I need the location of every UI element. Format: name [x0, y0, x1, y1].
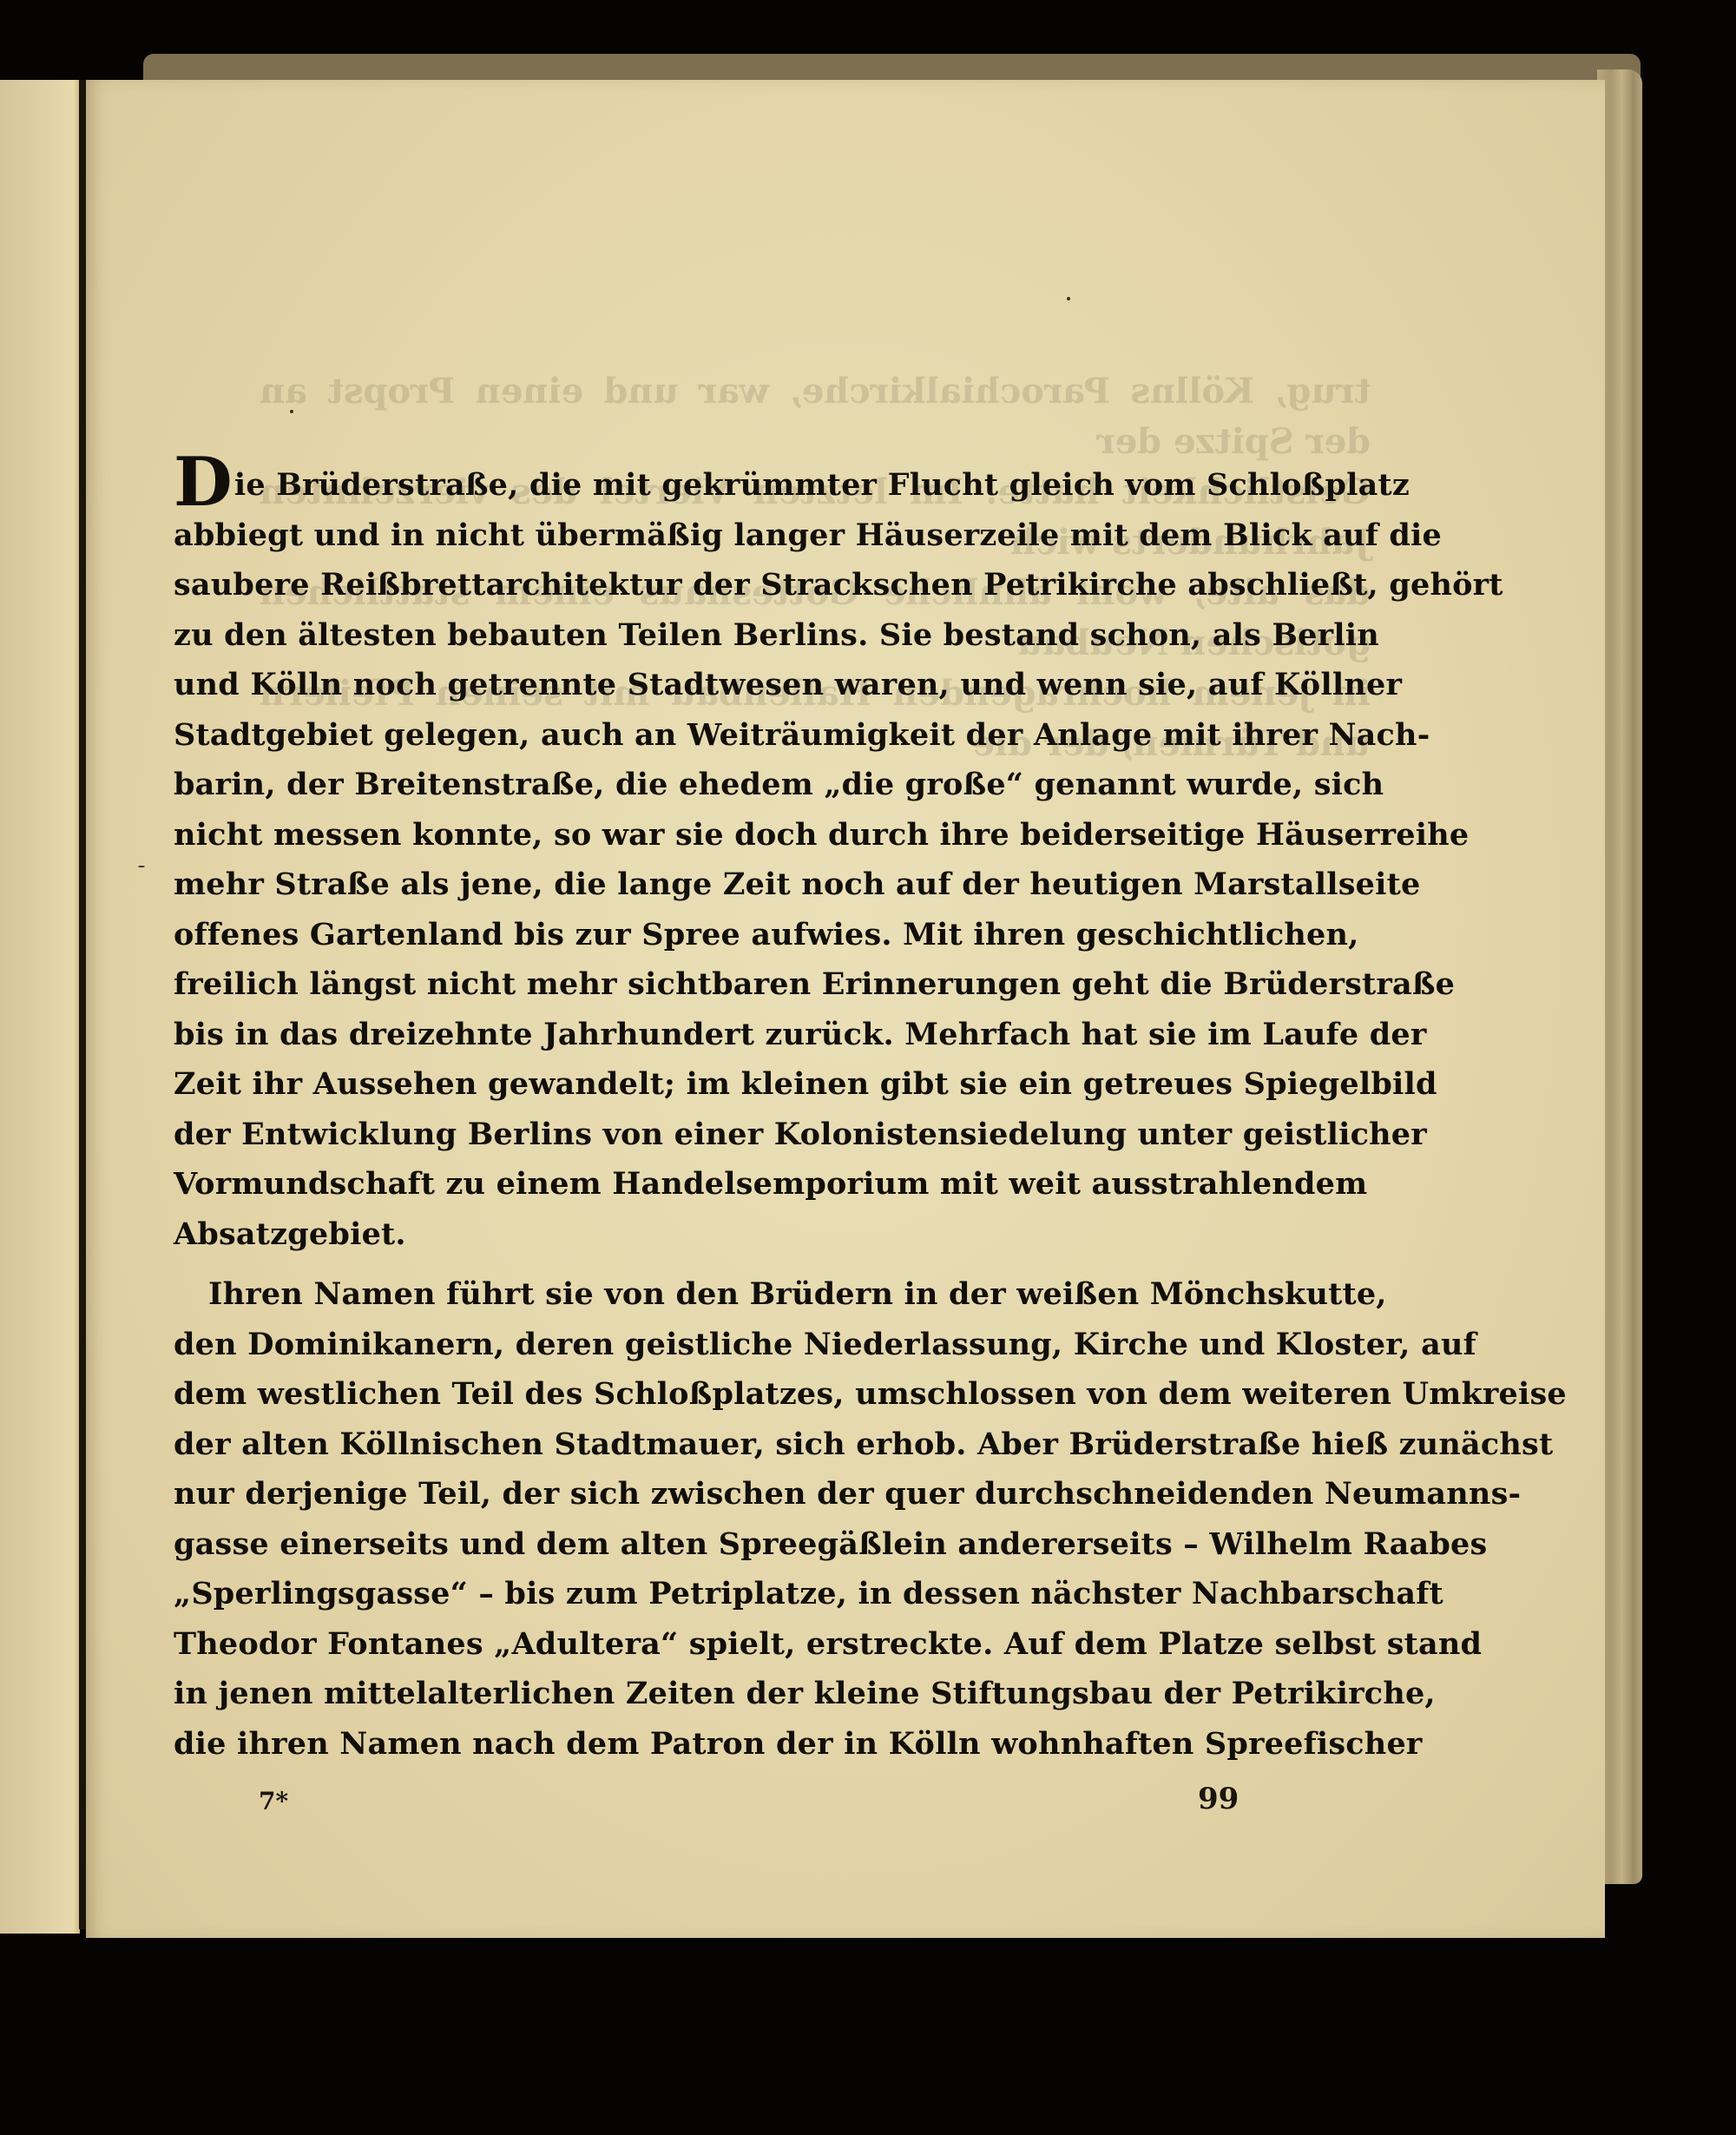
text-line: zu den ältesten bebauten Teilen Berlins.…	[174, 610, 1233, 661]
text-line: mehr Straße als jene, die lange Zeit noc…	[174, 860, 1233, 910]
text-line: nur derjenige Teil, der sich zwischen de…	[174, 1469, 1233, 1519]
text-line: nicht messen konnte, so war sie doch dur…	[174, 810, 1233, 860]
text-line: Vormundschaft zu einem Handelsemporium m…	[174, 1159, 1233, 1209]
text-line: der Entwicklung Berlins von einer Koloni…	[174, 1110, 1233, 1160]
body-text: D ie Brüderstraße, die mit gekrümmter Fl…	[174, 460, 1233, 1769]
text-line: offenes Gartenland bis zur Spree aufwies…	[174, 910, 1233, 960]
text-line: und Kölln noch getrennte Stadtwesen ware…	[174, 660, 1233, 710]
text-line: bis in das dreizehnte Jahrhundert zurück…	[174, 1010, 1233, 1060]
text-line: Absatzgebiet.	[174, 1209, 1233, 1260]
show-through-line: trug, Köllns Parochialkirche, war und ei…	[260, 366, 1371, 467]
paper-speck	[1067, 297, 1070, 300]
text-line: Theodor Fontanes „Adultera“ spielt, erst…	[174, 1619, 1233, 1670]
paragraph-2: Ihren Namen führt sie von den Brüdern in…	[174, 1269, 1233, 1769]
text-line: gasse einerseits und dem alten Spreegäßl…	[174, 1519, 1233, 1570]
drop-cap: D	[174, 457, 233, 509]
paper-speck	[290, 410, 293, 413]
signature-mark: 7*	[259, 1787, 288, 1815]
book-gutter	[79, 80, 86, 1929]
text-line: Zeit ihr Aussehen gewandelt; im kleinen …	[174, 1059, 1233, 1110]
paragraph-1: D ie Brüderstraße, die mit gekrümmter Fl…	[174, 460, 1233, 1259]
page-number: 99	[1198, 1782, 1239, 1816]
text-line: den Dominikanern, deren geistliche Niede…	[174, 1320, 1233, 1370]
text-line: „Sperlingsgasse“ – bis zum Petriplatze, …	[174, 1569, 1233, 1619]
text-line: abbiegt und in nicht übermäßig langer Hä…	[174, 511, 1233, 561]
text-line: Ihren Namen führt sie von den Brüdern in…	[174, 1269, 1233, 1320]
text-line: die ihren Namen nach dem Patron der in K…	[174, 1719, 1233, 1769]
text-line: in jenen mittelalterlichen Zeiten der kl…	[174, 1669, 1233, 1719]
text-line: Stadtgebiet gelegen, auch an Weiträumigk…	[174, 710, 1233, 761]
text-line: ie Brüderstraße, die mit gekrümmter Fluc…	[174, 460, 1233, 511]
left-facing-page-edge	[0, 80, 80, 1934]
text-line: dem westlichen Teil des Schloßplatzes, u…	[174, 1369, 1233, 1420]
text-line: barin, der Breitenstraße, die ehedem „di…	[174, 760, 1233, 810]
text-line: der alten Köllnischen Stadtmauer, sich e…	[174, 1420, 1233, 1470]
paper-mark	[138, 866, 145, 867]
text-line: freilich längst nicht mehr sichtbaren Er…	[174, 959, 1233, 1010]
text-line: saubere Reißbrettarchitektur der Stracks…	[174, 560, 1233, 610]
